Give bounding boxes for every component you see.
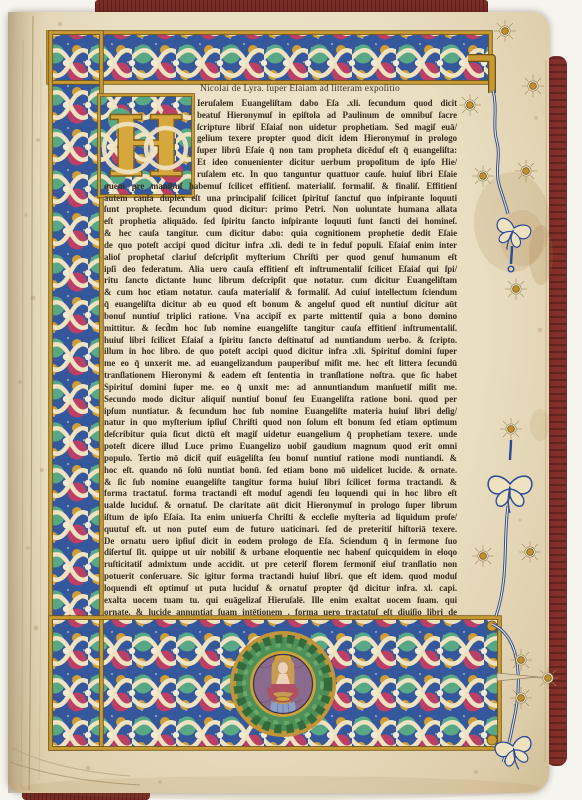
- body-lines: quem pre manibuſ habemuſ ſcilicet effiti…: [104, 181, 457, 619]
- text-line: quutuſ eſt. ut non puteſ eum de futuro u…: [104, 524, 457, 536]
- text-line: Secundo modo dicitur aliquiſ nuntiuſ bon…: [104, 394, 457, 406]
- text-line: ipſum nuntiatur. & ſecundum hoc ſub nomi…: [104, 406, 457, 418]
- text-line: poteſt dicere illud Luce primo Euangeliz…: [104, 441, 457, 453]
- text-line: me eo q̄ unxerit me. ad euangelizandum p…: [104, 358, 457, 370]
- text-line: natur in quo myſterium ipſiuſ Chriſti qu…: [104, 417, 457, 429]
- opening-lines: Ieruſalem Euangeliſtam dabo Eſa .xli. ſe…: [104, 98, 457, 181]
- text-line: hoc eſt. quando nō ſolū nuntiat bonū. ſe…: [104, 465, 457, 477]
- text-line: populo. Tertio mō dicit̄ quiſ euāgeliſta…: [104, 453, 457, 465]
- text-line: illum in hoc libro. de quo poteſt accipi…: [104, 346, 457, 358]
- book-photo: H: [0, 0, 582, 800]
- text-block: Ieruſalem Euangeliſtam dabo Eſa .xli. ſe…: [104, 98, 457, 618]
- text-line: ornate. & lucide annuntiat ſuam intētion…: [104, 607, 457, 619]
- text-line: ritu ſancto dictante hunc librum deſcrip…: [104, 275, 457, 287]
- text-line: tranſlationem Hieronymi & eadem eſt ſent…: [104, 370, 457, 382]
- text-line: exalta uocem tuam tu. qui euāgelizaſ Hie…: [104, 595, 457, 607]
- text-line: ruſticitatiſ admixtum unde accidit. ut p…: [104, 559, 457, 571]
- text-line: Et ideo conuenienter dicitur uerbum prop…: [104, 157, 457, 169]
- text-line: autem cauſa duplex eſt una principaliſ ſ…: [104, 193, 457, 205]
- text-line: gelium texere propter quod dicit idem Hi…: [104, 133, 457, 145]
- text-line: deſcribitur quia ſicut dictū eſt magiſ u…: [104, 429, 457, 441]
- text-line: alioſ prophetaſ clariuſ deſcripſit myſte…: [104, 252, 457, 264]
- text-line: mittitur. & ſecd̄m hoc ſub nomine euange…: [104, 323, 457, 335]
- text-line: beatuſ Hieronymuſ in epiſtola ad Paulinu…: [104, 110, 457, 122]
- page-heading: Nicolai de Lyra. ſuper Eſaiam ad littera…: [140, 84, 460, 95]
- text-line: De ornatu uero ipſiuſ dicit in eodem pro…: [104, 536, 457, 548]
- text-line: ualde luciduſ. & ornatuſ. De claritate a…: [104, 500, 457, 512]
- text-line: diſertuſ ſit. quippe ut uir nobiliſ & ur…: [104, 547, 457, 559]
- text-line: iſtum de ipſo Eſaia. Ita enim uniuerſa C…: [104, 512, 457, 524]
- text-line: bonuſ nuntiuſ triplici ratione. Vna acci…: [104, 311, 457, 323]
- text-line: quem pre manibuſ habemuſ ſcilicet effiti…: [104, 181, 457, 193]
- text-line: q̄ euangeliſta dicitur ab eu quod eſt bo…: [104, 299, 457, 311]
- text-line: Spirituſ domini ſuper me. eo q̄ unxit me…: [104, 382, 457, 394]
- text-line: ſuper librū Eſaie q̄ non tam propheta di…: [104, 145, 457, 157]
- text-line: de quo poteſt accipi quod dicitur infra …: [104, 240, 457, 252]
- book-edge-fore: [546, 56, 567, 766]
- text-line: potuerit conſeruare. Sic igitur forma tr…: [104, 571, 457, 583]
- text-line: & ſic ſub nomine euangeliſte tangitur fo…: [104, 477, 457, 489]
- text-line: & hec cauſa tangitur. cum dicitur dabo: …: [104, 228, 457, 240]
- text-line: & cum hoc etiam notatur. cauſa materiali…: [104, 287, 457, 299]
- text-line: forma tractatuſ. forma tractandi eſt mod…: [104, 488, 457, 500]
- text-line: ſunt prophete. ſecundum quod dicitur: pr…: [104, 204, 457, 216]
- text-line: ipſi deo federatum. Alia uero cauſa effi…: [104, 264, 457, 276]
- text-line: eſt prophetia aliquādo. ſed ſpiritu ſanc…: [104, 216, 457, 228]
- text-line: huiuſ libri ſcilicet Eſaiaſ a ſpiritu ſa…: [104, 335, 457, 347]
- text-line: ſcripture libriſ Eſaiaſ non uidetur prop…: [104, 122, 457, 134]
- text-line: ruſalem etc. In quo tanguntur quattuor c…: [104, 169, 457, 181]
- text-line: loquendi eſt optimuſ ut puta luciduſ & o…: [104, 583, 457, 595]
- text-line: Ieruſalem Euangeliſtam dabo Eſa .xli. ſe…: [104, 98, 457, 110]
